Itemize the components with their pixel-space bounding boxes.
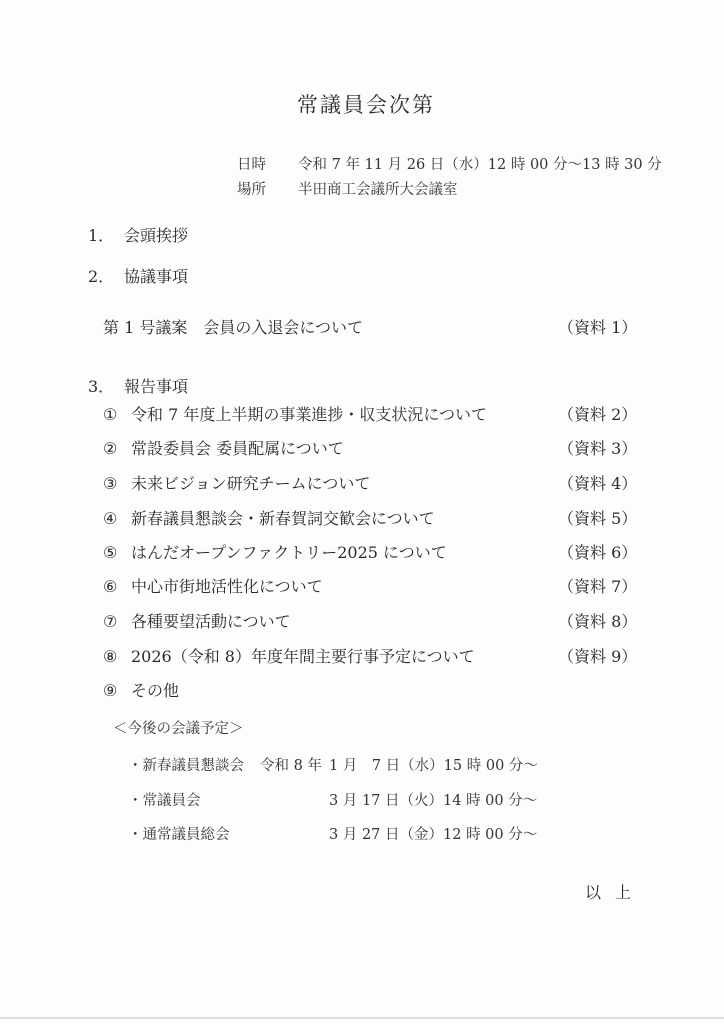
schedule-item-name: ・新春議員懇談会: [128, 754, 244, 775]
report-number: ⑤: [103, 543, 131, 562]
deliberation-item: 第 1 号議案 会員の入退会について: [103, 315, 363, 338]
report-ref: （資料 9）: [558, 644, 637, 667]
report-item: ⑨その他: [103, 678, 179, 701]
report-ref: （資料 2）: [558, 402, 637, 425]
schedule-item-when: 3 月 17 日（火）14 時 00 分～: [329, 789, 537, 810]
closing-mark: 以上: [585, 880, 645, 903]
report-ref: （資料 8）: [558, 609, 637, 632]
report-number: ⑦: [103, 612, 131, 631]
report-label: 各種要望活動について: [131, 612, 291, 631]
section-label: 報告事項: [124, 377, 188, 396]
report-ref: （資料 5）: [558, 506, 637, 529]
report-label: 新春議員懇談会・新春賀詞交歓会について: [131, 509, 435, 528]
section-deliberation: 2．協議事項: [88, 264, 188, 287]
schedule-item-year: 令和 8 年: [260, 754, 322, 775]
section-reports: 3．報告事項: [88, 374, 188, 397]
report-ref: （資料 4）: [558, 471, 637, 494]
report-label: 未来ビジョン研究チームについて: [131, 474, 370, 493]
section-number: 1．: [88, 223, 124, 246]
section-number: 2．: [88, 264, 124, 287]
date-label: 日時: [237, 153, 266, 174]
report-number: ⑧: [103, 647, 131, 666]
report-label: その他: [131, 681, 179, 700]
schedule-item-when: 3 月 27 日（金）12 時 00 分～: [329, 823, 537, 844]
page-edge-line: [0, 1017, 724, 1019]
report-label: 2026（令和 8）年度年間主要行事予定について: [131, 647, 475, 666]
report-ref: （資料 3）: [558, 436, 637, 459]
report-number: ⑨: [103, 681, 131, 700]
report-item: ①令和 7 年度上半期の事業進捗・収支状況について: [103, 402, 487, 425]
report-ref: （資料 7）: [558, 574, 637, 597]
place-value: 半田商工会議所大会議室: [298, 178, 458, 199]
report-label: 中心市街地活性化について: [131, 577, 323, 596]
schedule-heading: ＜今後の会議予定＞: [113, 717, 244, 738]
report-number: ④: [103, 509, 131, 528]
document-title: 常議員会次第: [297, 89, 435, 119]
report-item: ⑤はんだオープンファクトリー2025 について: [103, 540, 447, 563]
report-item: ④新春議員懇談会・新春賀詞交歓会について: [103, 506, 435, 529]
schedule-item-name: ・常議員会: [128, 789, 201, 810]
report-item: ⑦各種要望活動について: [103, 609, 291, 632]
section-label: 協議事項: [124, 267, 188, 286]
section-label: 会頭挨拶: [124, 226, 188, 245]
report-ref: （資料 6）: [558, 540, 637, 563]
date-value: 令和 7 年 11 月 26 日（水）12 時 00 分～13 時 30 分: [298, 153, 662, 174]
report-item: ⑥中心市街地活性化について: [103, 574, 323, 597]
report-number: ②: [103, 439, 131, 458]
report-label: 常設委員会 委員配属について: [131, 439, 344, 458]
place-label: 場所: [237, 178, 266, 199]
report-item: ⑧2026（令和 8）年度年間主要行事予定について: [103, 644, 475, 667]
schedule-item-name: ・通常議員総会: [128, 823, 230, 844]
report-number: ①: [103, 405, 131, 424]
section-number: 3．: [88, 374, 124, 397]
report-number: ③: [103, 474, 131, 493]
report-item: ②常設委員会 委員配属について: [103, 436, 344, 459]
report-label: 令和 7 年度上半期の事業進捗・収支状況について: [131, 405, 487, 424]
deliberation-ref: （資料 1）: [558, 315, 637, 338]
report-label: はんだオープンファクトリー2025 について: [131, 543, 447, 562]
report-number: ⑥: [103, 577, 131, 596]
schedule-item-when: 1 月 7 日（水）15 時 00 分～: [329, 754, 538, 775]
report-item: ③未来ビジョン研究チームについて: [103, 471, 370, 494]
section-opening: 1．会頭挨拶: [88, 223, 188, 246]
